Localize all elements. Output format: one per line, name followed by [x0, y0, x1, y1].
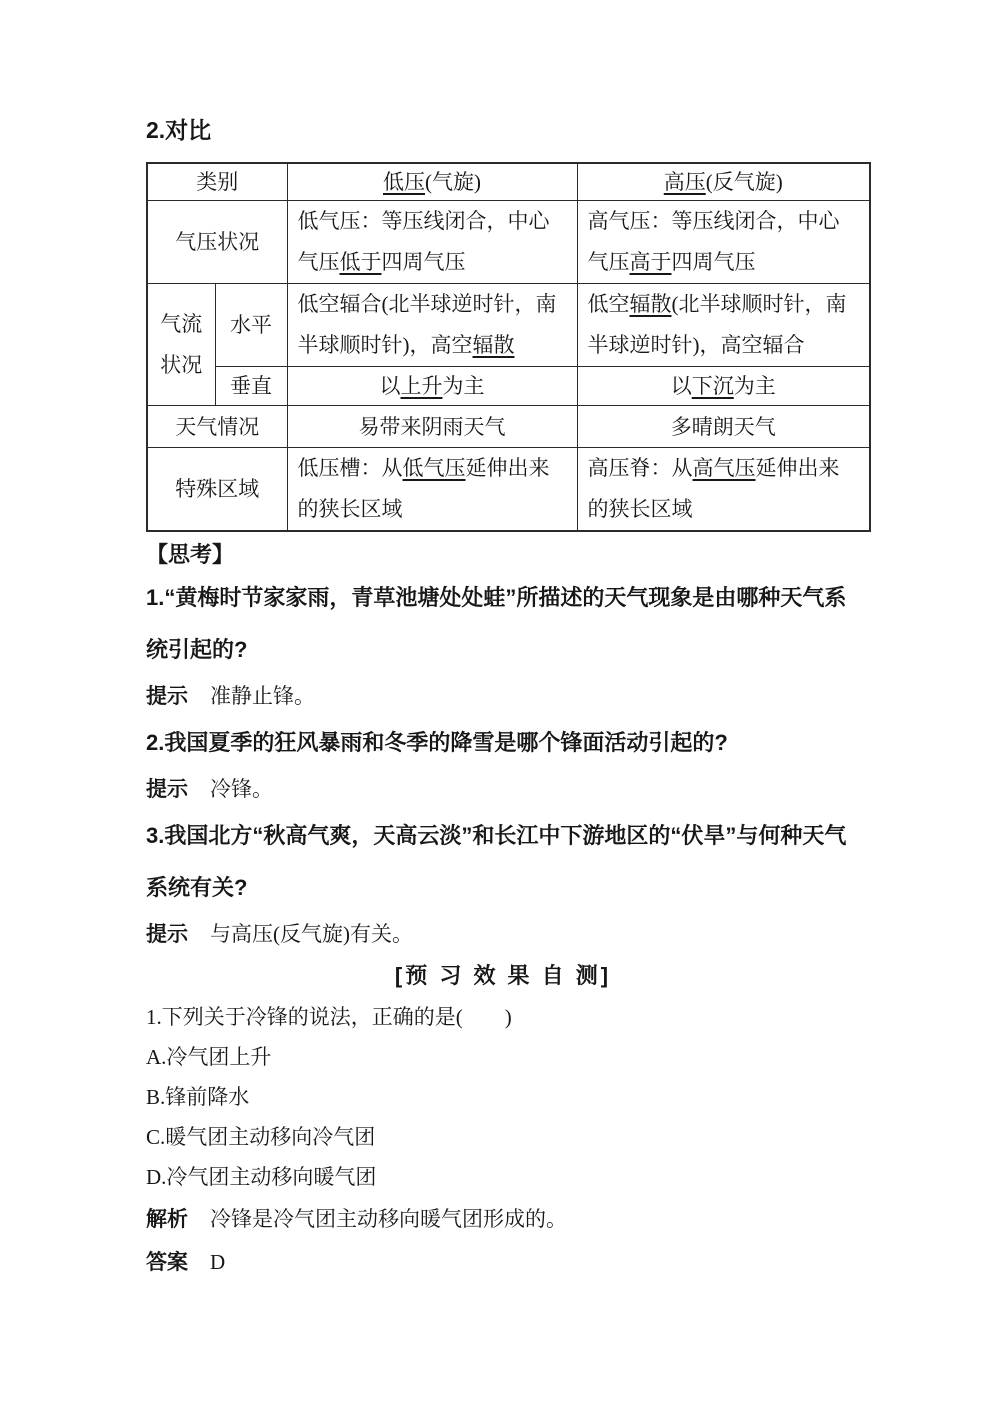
section-heading: 2.对比 [146, 114, 860, 146]
airflow-horizontal-label-cell: 水平 [215, 284, 287, 367]
header-low-pressure-cell: 低压(气旋) [287, 163, 577, 201]
text-segment: (气旋) [425, 170, 481, 194]
airflow-label-cell: 气流状况 [147, 284, 215, 406]
blank-answer: 高气压 [693, 456, 756, 480]
think-heading: 【思考】 [146, 540, 860, 570]
airflow-horizontal-low-cell: 低空辐合(北半球逆时针，南半球顺时针)，高空辐散 [287, 284, 577, 367]
quiz-option-d: D.冷气团主动移向暖气团 [146, 1157, 860, 1197]
analysis-text: 冷锋是冷气团主动移向暖气团形成的。 [210, 1207, 567, 1231]
hint-text: 准静止锋。 [210, 684, 315, 708]
pressure-high-cell: 高气压：等压线闭合，中心气压高于四周气压 [577, 201, 870, 284]
text-segment: 为主 [734, 374, 776, 398]
analysis-label: 解析 [146, 1208, 188, 1231]
think-question-1: 1.“黄梅时节家家雨，青草池塘处处蛙”所描述的天气现象是由哪种天气系统引起的? [146, 572, 860, 676]
special-label-cell: 特殊区域 [147, 448, 287, 532]
hint-label: 提示 [146, 685, 188, 708]
text-segment: 低空 [588, 292, 630, 316]
blank-answer: 辐散 [473, 333, 515, 357]
special-low-cell: 低压槽：从低气压延伸出来的狭长区域 [287, 448, 577, 532]
comparison-table: 类别 低压(气旋) 高压(反气旋) 气压状况 低气压：等压线闭合，中心气压低于四… [146, 162, 871, 532]
hint-text: 冷锋。 [210, 777, 273, 801]
text-segment: (反气旋) [706, 170, 783, 194]
hint-label: 提示 [146, 778, 188, 801]
blank-answer: 辐散 [630, 292, 672, 316]
quiz-option-b: B.锋前降水 [146, 1077, 860, 1117]
think-hint-3: 提示与高压(反气旋)有关。 [146, 916, 860, 953]
blank-answer: 低于 [340, 250, 382, 274]
quiz-section-title: [预 习 效 果 自 测] [146, 955, 860, 997]
special-high-cell: 高压脊：从高气压延伸出来的狭长区域 [577, 448, 870, 532]
quiz-option-a: A.冷气团上升 [146, 1037, 860, 1077]
quiz-analysis-line: 解析冷锋是冷气团主动移向暖气团形成的。 [146, 1199, 860, 1240]
airflow-vertical-high-cell: 以下沉为主 [577, 367, 870, 406]
hint-text: 与高压(反气旋)有关。 [210, 922, 413, 946]
table-row-pressure: 气压状况 低气压：等压线闭合，中心气压低于四周气压 高气压：等压线闭合，中心气压… [147, 201, 870, 284]
text-segment: 低压槽：从 [298, 456, 403, 480]
header-category-cell: 类别 [147, 163, 287, 201]
weather-label-cell: 天气情况 [147, 406, 287, 448]
text-segment: 为主 [443, 374, 485, 398]
hint-label: 提示 [146, 923, 188, 946]
text-segment: 四周气压 [672, 250, 756, 274]
text-segment: 高压脊：从 [588, 456, 693, 480]
blank-answer: 下沉 [692, 374, 734, 398]
airflow-horizontal-high-cell: 低空辐散(北半球顺时针，南半球逆时针)，高空辐合 [577, 284, 870, 367]
table-row-weather: 天气情况 易带来阴雨天气 多晴朗天气 [147, 406, 870, 448]
table-row-airflow-horizontal: 气流状况 水平 低空辐合(北半球逆时针，南半球顺时针)，高空辐散 低空辐散(北半… [147, 284, 870, 367]
blank-answer: 上升 [401, 374, 443, 398]
think-hint-2: 提示冷锋。 [146, 771, 860, 808]
pressure-low-cell: 低气压：等压线闭合，中心气压低于四周气压 [287, 201, 577, 284]
text-segment: 以 [380, 374, 401, 398]
blank-answer: 低气压 [403, 456, 466, 480]
airflow-vertical-low-cell: 以上升为主 [287, 367, 577, 406]
answer-value: D [210, 1250, 225, 1274]
textbook-page: 2.对比 类别 低压(气旋) 高压(反气旋) 气压状况 低气压：等压线闭合，中心… [0, 0, 1000, 1414]
weather-low-cell: 易带来阴雨天气 [287, 406, 577, 448]
text-segment: 低空辐合(北半球逆时针，南半球顺时针)，高空 [298, 292, 557, 357]
text-segment: 四周气压 [382, 250, 466, 274]
quiz-answer-line: 答案D [146, 1242, 860, 1283]
blank-answer: 高压 [664, 170, 706, 194]
quiz-option-c: C.暖气团主动移向冷气团 [146, 1117, 860, 1157]
blank-answer: 高于 [630, 250, 672, 274]
answer-label: 答案 [146, 1251, 188, 1274]
blank-answer: 低压 [383, 170, 425, 194]
table-row-airflow-vertical: 垂直 以上升为主 以下沉为主 [147, 367, 870, 406]
weather-high-cell: 多晴朗天气 [577, 406, 870, 448]
table-row-special: 特殊区域 低压槽：从低气压延伸出来的狭长区域 高压脊：从高气压延伸出来的狭长区域 [147, 448, 870, 532]
think-question-3: 3.我国北方“秋高气爽，天高云淡”和长江中下游地区的“伏旱”与何种天气系统有关? [146, 810, 860, 914]
think-question-2: 2.我国夏季的狂风暴雨和冬季的降雪是哪个锋面活动引起的? [146, 717, 860, 769]
text-segment: 以 [671, 374, 692, 398]
airflow-vertical-label-cell: 垂直 [215, 367, 287, 406]
table-row-header: 类别 低压(气旋) 高压(反气旋) [147, 163, 870, 201]
header-high-pressure-cell: 高压(反气旋) [577, 163, 870, 201]
quiz-question: 1.下列关于冷锋的说法，正确的是( ) [146, 997, 860, 1037]
think-hint-1: 提示准静止锋。 [146, 678, 860, 715]
pressure-label-cell: 气压状况 [147, 201, 287, 284]
